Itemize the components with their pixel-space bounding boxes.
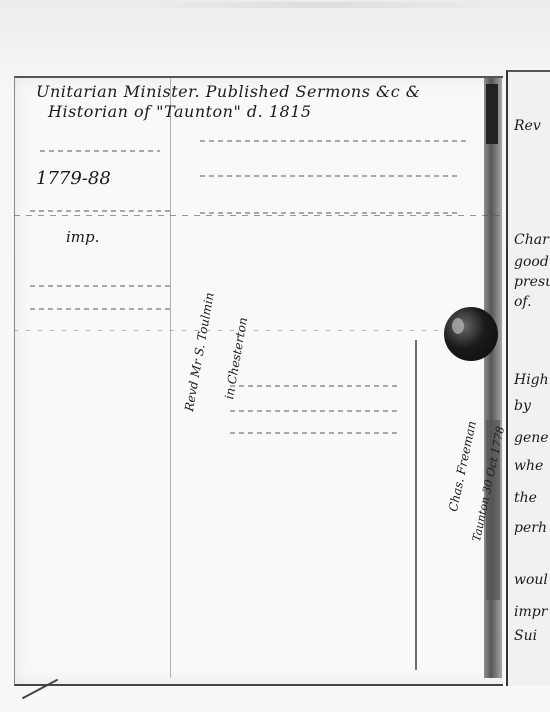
faded-text-line — [230, 410, 400, 412]
adjacent-text: presu — [514, 274, 550, 290]
adjacent-text: gene — [514, 430, 549, 446]
faded-text-line — [230, 432, 400, 434]
faded-text-line — [40, 150, 160, 152]
adjacent-text: Rev — [514, 118, 541, 134]
fold-line-horizontal — [14, 215, 502, 216]
adjacent-text: by — [514, 398, 531, 414]
sheet-edge-dark — [486, 84, 498, 144]
faded-text-line — [200, 212, 460, 214]
adjacent-text: impr — [514, 604, 547, 620]
scan-shadow — [140, 2, 500, 8]
adjacent-text: good — [514, 254, 549, 270]
adjacent-text: Char — [514, 232, 549, 248]
fold-line-vertical — [170, 78, 171, 678]
adjacent-text: woul — [514, 572, 548, 588]
fold-line-vertical-right — [415, 340, 417, 670]
adjacent-text: High — [514, 372, 549, 388]
date-range: 1779-88 — [36, 168, 111, 189]
wax-seal-icon — [444, 307, 498, 361]
faded-text-line — [230, 385, 400, 387]
faded-text-line — [30, 308, 170, 310]
faded-text-line — [30, 210, 170, 212]
adjacent-text: whe — [514, 458, 543, 474]
adjacent-text: Sui — [514, 628, 537, 644]
faded-text-line — [30, 285, 170, 287]
faded-text-line — [200, 175, 460, 177]
faded-text-line — [200, 140, 470, 142]
archival-note-line2: Historian of "Taunton" d. 1815 — [48, 102, 312, 121]
seal-highlight — [452, 318, 464, 334]
fold-line-horizontal — [14, 330, 502, 331]
adjacent-text: the — [514, 490, 537, 506]
adjacent-text: perh — [514, 520, 547, 536]
imp-mark: imp. — [66, 228, 99, 246]
archival-note-line1: Unitarian Minister. Published Sermons &c… — [36, 82, 421, 101]
adjacent-text: of. — [514, 294, 532, 310]
